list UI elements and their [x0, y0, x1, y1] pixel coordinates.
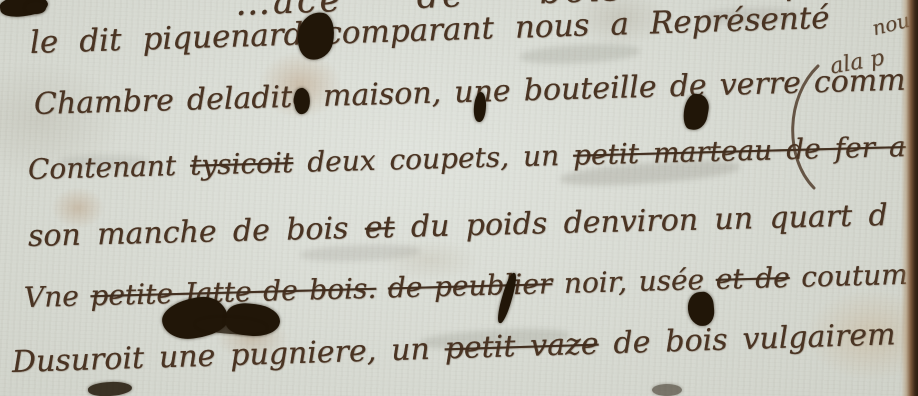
ink-blot — [88, 380, 133, 396]
handwriting-segment: du poids denviron un quart d — [394, 198, 888, 245]
handwriting-segment: Contenant — [28, 149, 191, 186]
manuscript-line-6: Dusuroit une pugniere, un petit vaze de … — [11, 318, 896, 380]
handwriting-segment: Dusuroit une pugniere, un — [11, 331, 445, 380]
pen-flourish — [778, 62, 828, 192]
struck-word: petit marteau de fer a — [573, 130, 906, 172]
handwriting-segment — [376, 271, 389, 304]
manuscript-page: …ace de bois delapres nou le dit piquena… — [0, 0, 918, 396]
struck-word: et — [364, 210, 395, 246]
page-right-edge — [901, 0, 918, 396]
manuscript-line-3: Contenant tysicoit deux coupets, un peti… — [28, 131, 907, 186]
manuscript-line-5: Vne petite Jatte de bois. de peublier no… — [24, 259, 909, 314]
handwriting-segment: Chambre deladite maison, une bouteille d… — [33, 63, 906, 122]
ink-blot — [26, 2, 46, 14]
struck-word: petit vaze — [444, 327, 599, 367]
manuscript-line-4: son manche de bois et du poids denviron … — [28, 199, 889, 255]
ink-blot — [687, 291, 716, 327]
struck-word: de peublier — [387, 267, 552, 304]
ink-blot — [652, 384, 682, 396]
struck-word: et de — [715, 261, 790, 296]
handwriting-segment: Vne — [24, 279, 91, 314]
handwriting-segment: coutum — [789, 258, 908, 294]
struck-word: tysicoit — [190, 146, 294, 182]
handwriting-segment: deux coupets, un — [293, 139, 574, 179]
handwriting-segment: son manche de bois — [28, 211, 366, 254]
manuscript-line-2: Chambre deladite maison, une bouteille d… — [34, 64, 907, 123]
handwriting-segment: de bois vulgairem — [598, 317, 896, 361]
